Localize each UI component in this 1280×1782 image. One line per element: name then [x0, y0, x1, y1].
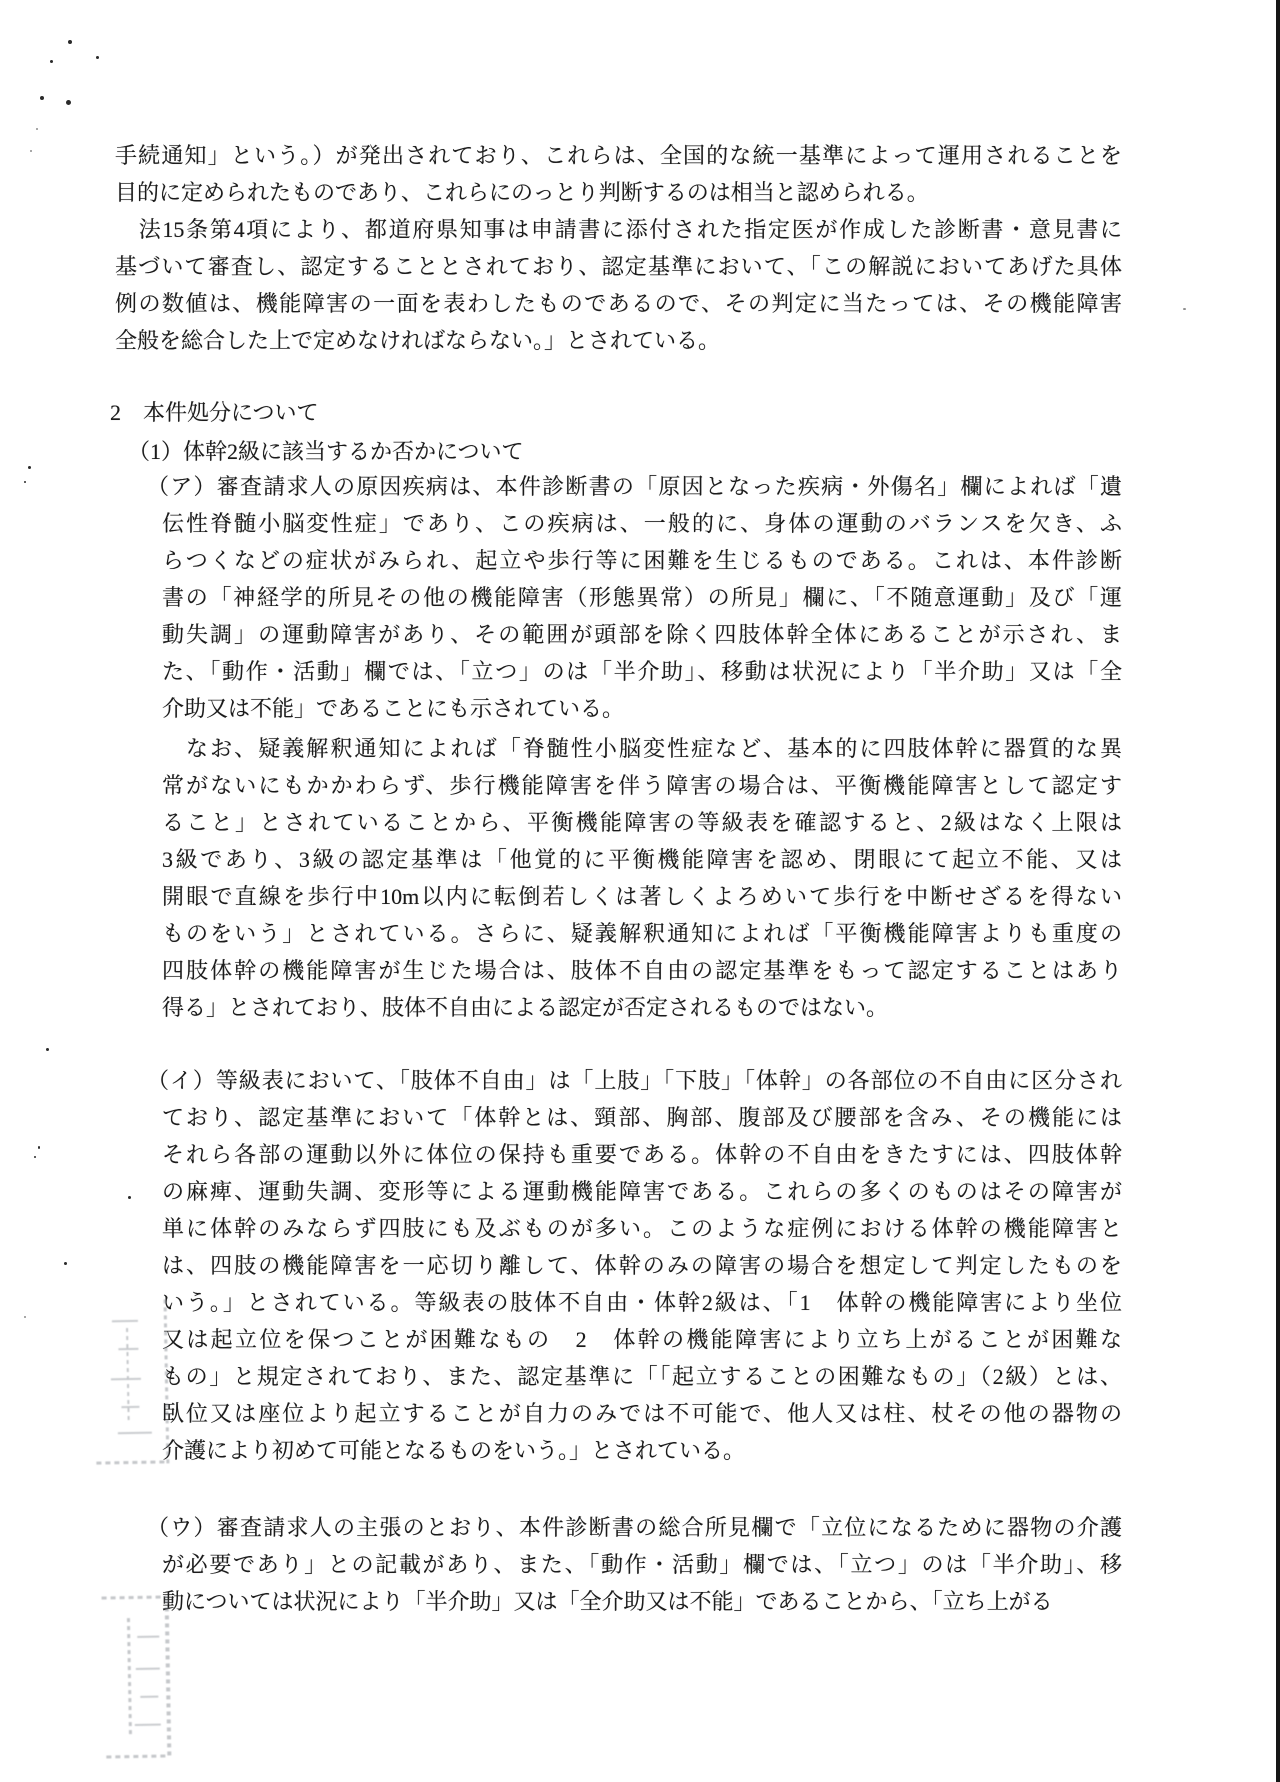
scanned-document-page: 手続通知」という。）が発出されており、これらは、全国的な統一基準によって運用され… — [0, 0, 1280, 1782]
text-line: は、四肢の機能障害を一応切り離して、体幹のみの障害の場合を想定して判定したものを — [162, 1247, 1122, 1284]
scan-speckle — [64, 1262, 67, 1265]
text-line: 3級であり、3級の認定基準は「他覚的に平衡機能障害を認め、閉眼にて起立不能、又は — [162, 841, 1122, 878]
section-heading: 2 本件処分について — [110, 394, 319, 431]
scan-speckle — [28, 466, 31, 469]
text-line: 四肢体幹の機能障害が生じた場合は、肢体不自由の認定基準をもって認定することはあり — [162, 952, 1122, 989]
scan-speckle — [40, 96, 44, 100]
intro-paragraph-2: 法15条第4項により、都道府県知事は申請書に添付された指定医が作成した診断書・意… — [115, 211, 1122, 359]
scan-speckle — [36, 128, 38, 130]
text-line: （ア）審査請求人の原因疾病は、本件診断書の「原因となった疾病・外傷名」欄によれば… — [147, 468, 1122, 505]
scan-speckle — [1183, 308, 1186, 310]
text-line: た、「動作・活動」欄では、「立つ」のは「半介助」、移動は状況により「半介助」又は… — [162, 653, 1122, 690]
text-line: 臥位又は座位より起立することが自力のみでは不可能で、他人又は柱、杖その他の器物の — [162, 1395, 1122, 1432]
scan-speckle — [38, 1146, 40, 1149]
text-line: 伝性脊髄小脳変性症」であり、この疾病は、一般的に、身体の運動のバランスを欠き、ふ — [162, 505, 1122, 542]
intro-paragraph-1: 手続通知」という。）が発出されており、これらは、全国的な統一基準によって運用され… — [115, 137, 1122, 211]
scan-speckle — [128, 1196, 131, 1199]
scan-edge-line — [1276, 0, 1280, 1782]
text-line: らつくなどの症状がみられ、起立や歩行等に困難を生じるものである。これは、本件診断 — [162, 542, 1122, 579]
subsection-heading: （1）体幹2級に該当するか否かについて — [128, 433, 524, 470]
text-line: 介護により初めて可能となるものをいう。」とされている。 — [162, 1432, 1122, 1469]
scan-speckle — [50, 60, 53, 63]
stamp-bleedthrough-lower — [99, 1595, 172, 1762]
text-line: 常がないにもかかわらず、歩行機能障害を伴う障害の場合は、平衡機能障害として認定す — [162, 767, 1122, 804]
text-line: もの」と規定されており、また、認定基準に「「起立することの困難なもの」（2級）と… — [162, 1358, 1122, 1395]
text-line: 介助又は不能」であることにも示されている。 — [162, 690, 1122, 727]
scan-speckle — [68, 40, 72, 44]
scan-speckle — [66, 100, 71, 105]
text-line: いう。」とされている。等級表の肢体不自由・体幹2級は、「1 体幹の機能障害により… — [162, 1284, 1122, 1321]
text-line: それら各部の運動以外に体位の保持も重要である。体幹の不自由をきたすには、四肢体幹 — [162, 1136, 1122, 1173]
text-line: 手続通知」という。）が発出されており、これらは、全国的な統一基準によって運用され… — [115, 137, 1122, 174]
text-line: 目的に定められたものであり、これらにのっとり判断するのは相当と認められる。 — [115, 174, 1122, 211]
text-line: （イ）等級表において、「肢体不自由」は「上肢」「下肢」「体幹」の各部位の不自由に… — [147, 1062, 1122, 1099]
item-a-paragraph-1: （ア）審査請求人の原因疾病は、本件診断書の「原因となった疾病・外傷名」欄によれば… — [162, 468, 1122, 727]
text-line: 動失調」の運動障害があり、その範囲が頭部を除く四肢体幹全体にあることが示され、ま — [162, 616, 1122, 653]
scan-speckle — [34, 1156, 36, 1158]
text-line: 例の数値は、機能障害の一面を表わしたものであるので、その判定に当たっては、その機… — [115, 285, 1122, 322]
scan-speckle — [46, 1048, 49, 1051]
item-b-paragraph: （イ）等級表において、「肢体不自由」は「上肢」「下肢」「体幹」の各部位の不自由に… — [162, 1062, 1122, 1469]
text-line: 得る」とされており、肢体不自由による認定が否定されるものではない。 — [162, 989, 1122, 1026]
text-line: なお、疑義解釈通知によれば「脊髄性小脳変性症など、基本的に四肢体幹に器質的な異 — [162, 730, 1122, 767]
text-line: （ウ）審査請求人の主張のとおり、本件診断書の総合所見欄で「立位になるために器物の… — [147, 1509, 1122, 1546]
stamp-bleedthrough-upper — [92, 1299, 170, 1466]
scan-speckle — [24, 481, 26, 483]
item-c-paragraph: （ウ）審査請求人の主張のとおり、本件診断書の総合所見欄で「立位になるために器物の… — [162, 1509, 1122, 1620]
scan-speckle — [24, 1316, 26, 1318]
scan-speckle — [96, 56, 99, 59]
text-line: が必要であり」との記載があり、また、「動作・活動」欄では、「立つ」のは「半介助」… — [162, 1546, 1122, 1583]
text-line: 基づいて審査し、認定することとされており、認定基準において、「この解説においてあ… — [115, 248, 1122, 285]
text-line: 法15条第4項により、都道府県知事は申請書に添付された指定医が作成した診断書・意… — [115, 211, 1122, 248]
text-line: 動については状況により「半介助」又は「全介助又は不能」であることから、「立ち上が… — [162, 1583, 1122, 1620]
text-line: 単に体幹のみならず四肢にも及ぶものが多い。このような症例における体幹の機能障害と — [162, 1210, 1122, 1247]
scan-speckle — [30, 150, 32, 152]
text-line: 全般を総合した上で定めなければならない。」とされている。 — [115, 322, 1122, 359]
text-line: 書の「神経学的所見その他の機能障害（形態異常）の所見」欄に、「不随意運動」及び「… — [162, 579, 1122, 616]
text-line: ものをいう」とされている。さらに、疑義解釈通知によれば「平衡機能障害よりも重度の — [162, 915, 1122, 952]
text-line: ており、認定基準において「体幹とは、頸部、胸部、腹部及び腰部を含み、その機能には — [162, 1099, 1122, 1136]
item-a-paragraph-2: なお、疑義解釈通知によれば「脊髄性小脳変性症など、基本的に四肢体幹に器質的な異常… — [162, 730, 1122, 1026]
text-line: 又は起立位を保つことが困難なもの 2 体幹の機能障害により立ち上がることが困難な — [162, 1321, 1122, 1358]
text-line: の麻痺、運動失調、変形等による運動機能障害である。これらの多くのものはその障害が — [162, 1173, 1122, 1210]
text-line: ること」とされていることから、平衡機能障害の等級表を確認すると、2級はなく上限は — [162, 804, 1122, 841]
text-line: 開眼で直線を歩行中10m以内に転倒若しくは著しくよろめいて歩行を中断せざるを得な… — [162, 878, 1122, 915]
